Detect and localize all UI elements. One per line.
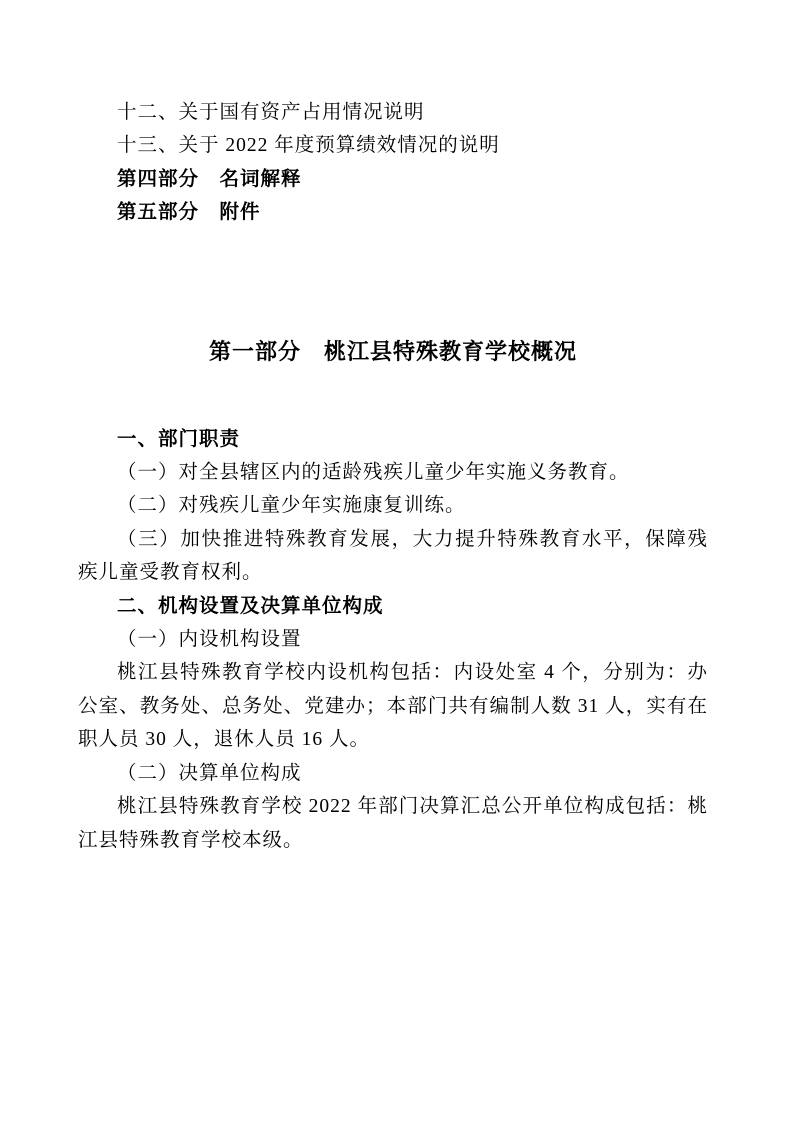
paragraph-duty-3: （三）加快推进特殊教育发展，大力提升特殊教育水平，保障残疾儿童受教育权利。 (78, 523, 708, 590)
toc-line-12: 十二、关于国有资产占用情况说明 (78, 96, 708, 129)
paragraph-duty-1: （一）对全县辖区内的适龄残疾儿童少年实施义务教育。 (78, 456, 708, 489)
document-body: 一、部门职责 （一）对全县辖区内的适龄残疾儿童少年实施义务教育。 （二）对残疾儿… (78, 423, 708, 857)
toc-line-part5: 第五部分 附件 (78, 196, 708, 229)
section-heading-duties: 一、部门职责 (78, 423, 708, 456)
toc-line-part4: 第四部分 名词解释 (78, 163, 708, 196)
toc-block: 十二、关于国有资产占用情况说明 十三、关于 2022 年度预算绩效情况的说明 第… (78, 0, 708, 230)
subheading-internal-setup: （一）内设机构设置 (78, 623, 708, 656)
part-title: 第一部分 桃江县特殊教育学校概况 (78, 330, 708, 373)
paragraph-internal-setup: 桃江县特殊教育学校内设机构包括：内设处室 4 个，分别为：办公室、教务处、总务处… (78, 656, 708, 756)
toc-line-13: 十三、关于 2022 年度预算绩效情况的说明 (78, 129, 708, 162)
section-heading-structure: 二、机构设置及决算单位构成 (78, 590, 708, 623)
paragraph-unit-composition: 桃江县特殊教育学校 2022 年部门决算汇总公开单位构成包括：桃江县特殊教育学校… (78, 790, 708, 857)
document-content: 十二、关于国有资产占用情况说明 十三、关于 2022 年度预算绩效情况的说明 第… (78, 0, 708, 857)
paragraph-duty-2: （二）对残疾儿童少年实施康复训练。 (78, 489, 708, 522)
document-page: 十二、关于国有资产占用情况说明 十三、关于 2022 年度预算绩效情况的说明 第… (0, 0, 793, 1122)
subheading-unit-composition: （二）决算单位构成 (78, 757, 708, 790)
